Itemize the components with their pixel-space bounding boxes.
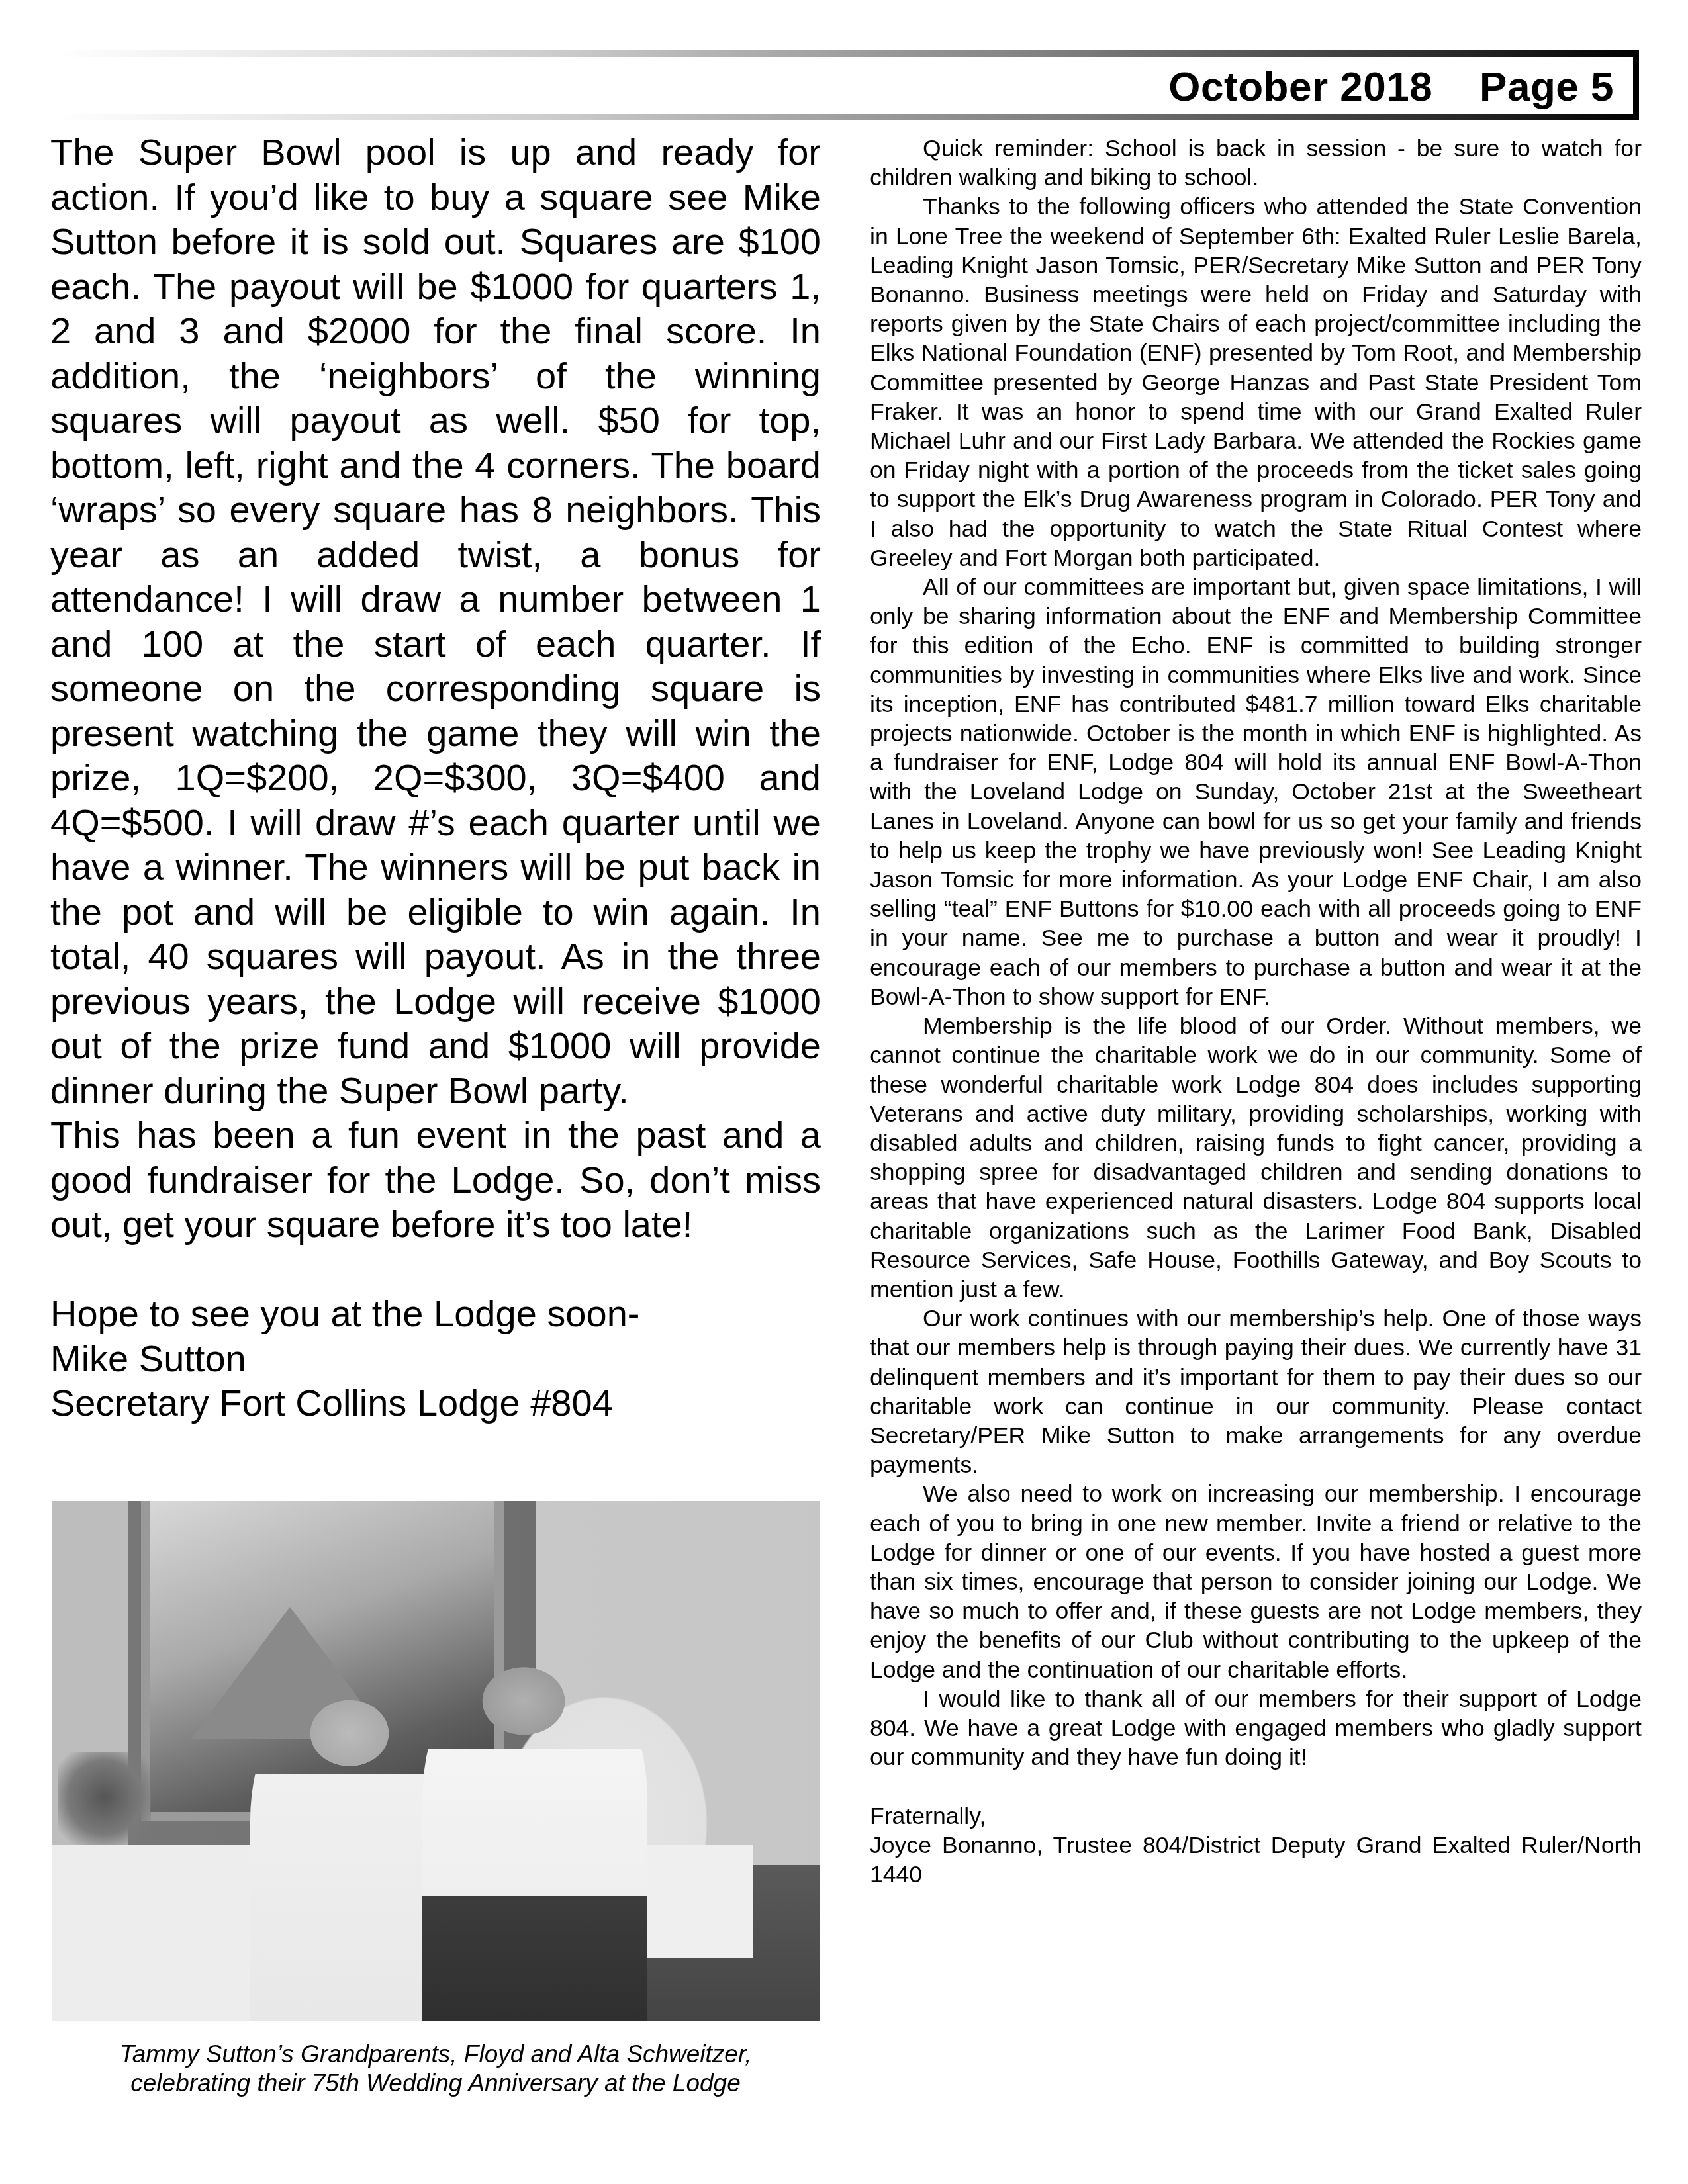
header-gradient-bar-bottom — [56, 114, 1639, 120]
article-paragraph: We also need to work on increasing our m… — [870, 1479, 1642, 1684]
caption-line-1: Tammy Sutton’s Grandparents, Floyd and A… — [52, 2040, 820, 2069]
article-paragraph: All of our committees are important but,… — [870, 572, 1642, 1011]
trustee-report-article: Quick reminder: School is back in sessio… — [870, 134, 1642, 1889]
caption-line-2: celebrating their 75th Wedding Anniversa… — [52, 2069, 820, 2098]
header-gradient-bar-top — [56, 50, 1639, 57]
header-right-border — [1633, 50, 1639, 120]
article-paragraph: Thanks to the following officers who att… — [870, 192, 1642, 572]
article-paragraph: I would like to thank all of our members… — [870, 1684, 1642, 1772]
person-woman — [250, 1686, 449, 2021]
article-paragraph: Quick reminder: School is back in sessio… — [870, 134, 1642, 192]
signature-closing: Hope to see you at the Lodge soon- — [50, 1291, 821, 1336]
header-title: October 2018 Page 5 — [1168, 62, 1614, 113]
signoff-closing: Fraternally, — [870, 1801, 1642, 1831]
signature-title: Secretary Fort Collins Lodge #804 — [50, 1381, 821, 1426]
super-bowl-article: The Super Bowl pool is up and ready for … — [50, 130, 821, 1426]
article-paragraph: Our work continues with our membership’s… — [870, 1304, 1642, 1479]
article-paragraph: This has been a fun event in the past an… — [50, 1113, 821, 1247]
anniversary-photo — [52, 1501, 820, 2021]
person-man — [422, 1653, 647, 2021]
article-signoff: Fraternally, Joyce Bonanno, Trustee 804/… — [870, 1801, 1642, 1889]
page-header: October 2018 Page 5 — [56, 50, 1639, 120]
photo-caption: Tammy Sutton’s Grandparents, Floyd and A… — [52, 2040, 820, 2098]
signoff-name-title: Joyce Bonanno, Trustee 804/District Depu… — [870, 1831, 1642, 1889]
article-paragraph: The Super Bowl pool is up and ready for … — [50, 130, 821, 1113]
article-signature: Hope to see you at the Lodge soon- Mike … — [50, 1291, 821, 1426]
signature-name: Mike Sutton — [50, 1336, 821, 1381]
article-paragraph: Membership is the life blood of our Orde… — [870, 1011, 1642, 1304]
